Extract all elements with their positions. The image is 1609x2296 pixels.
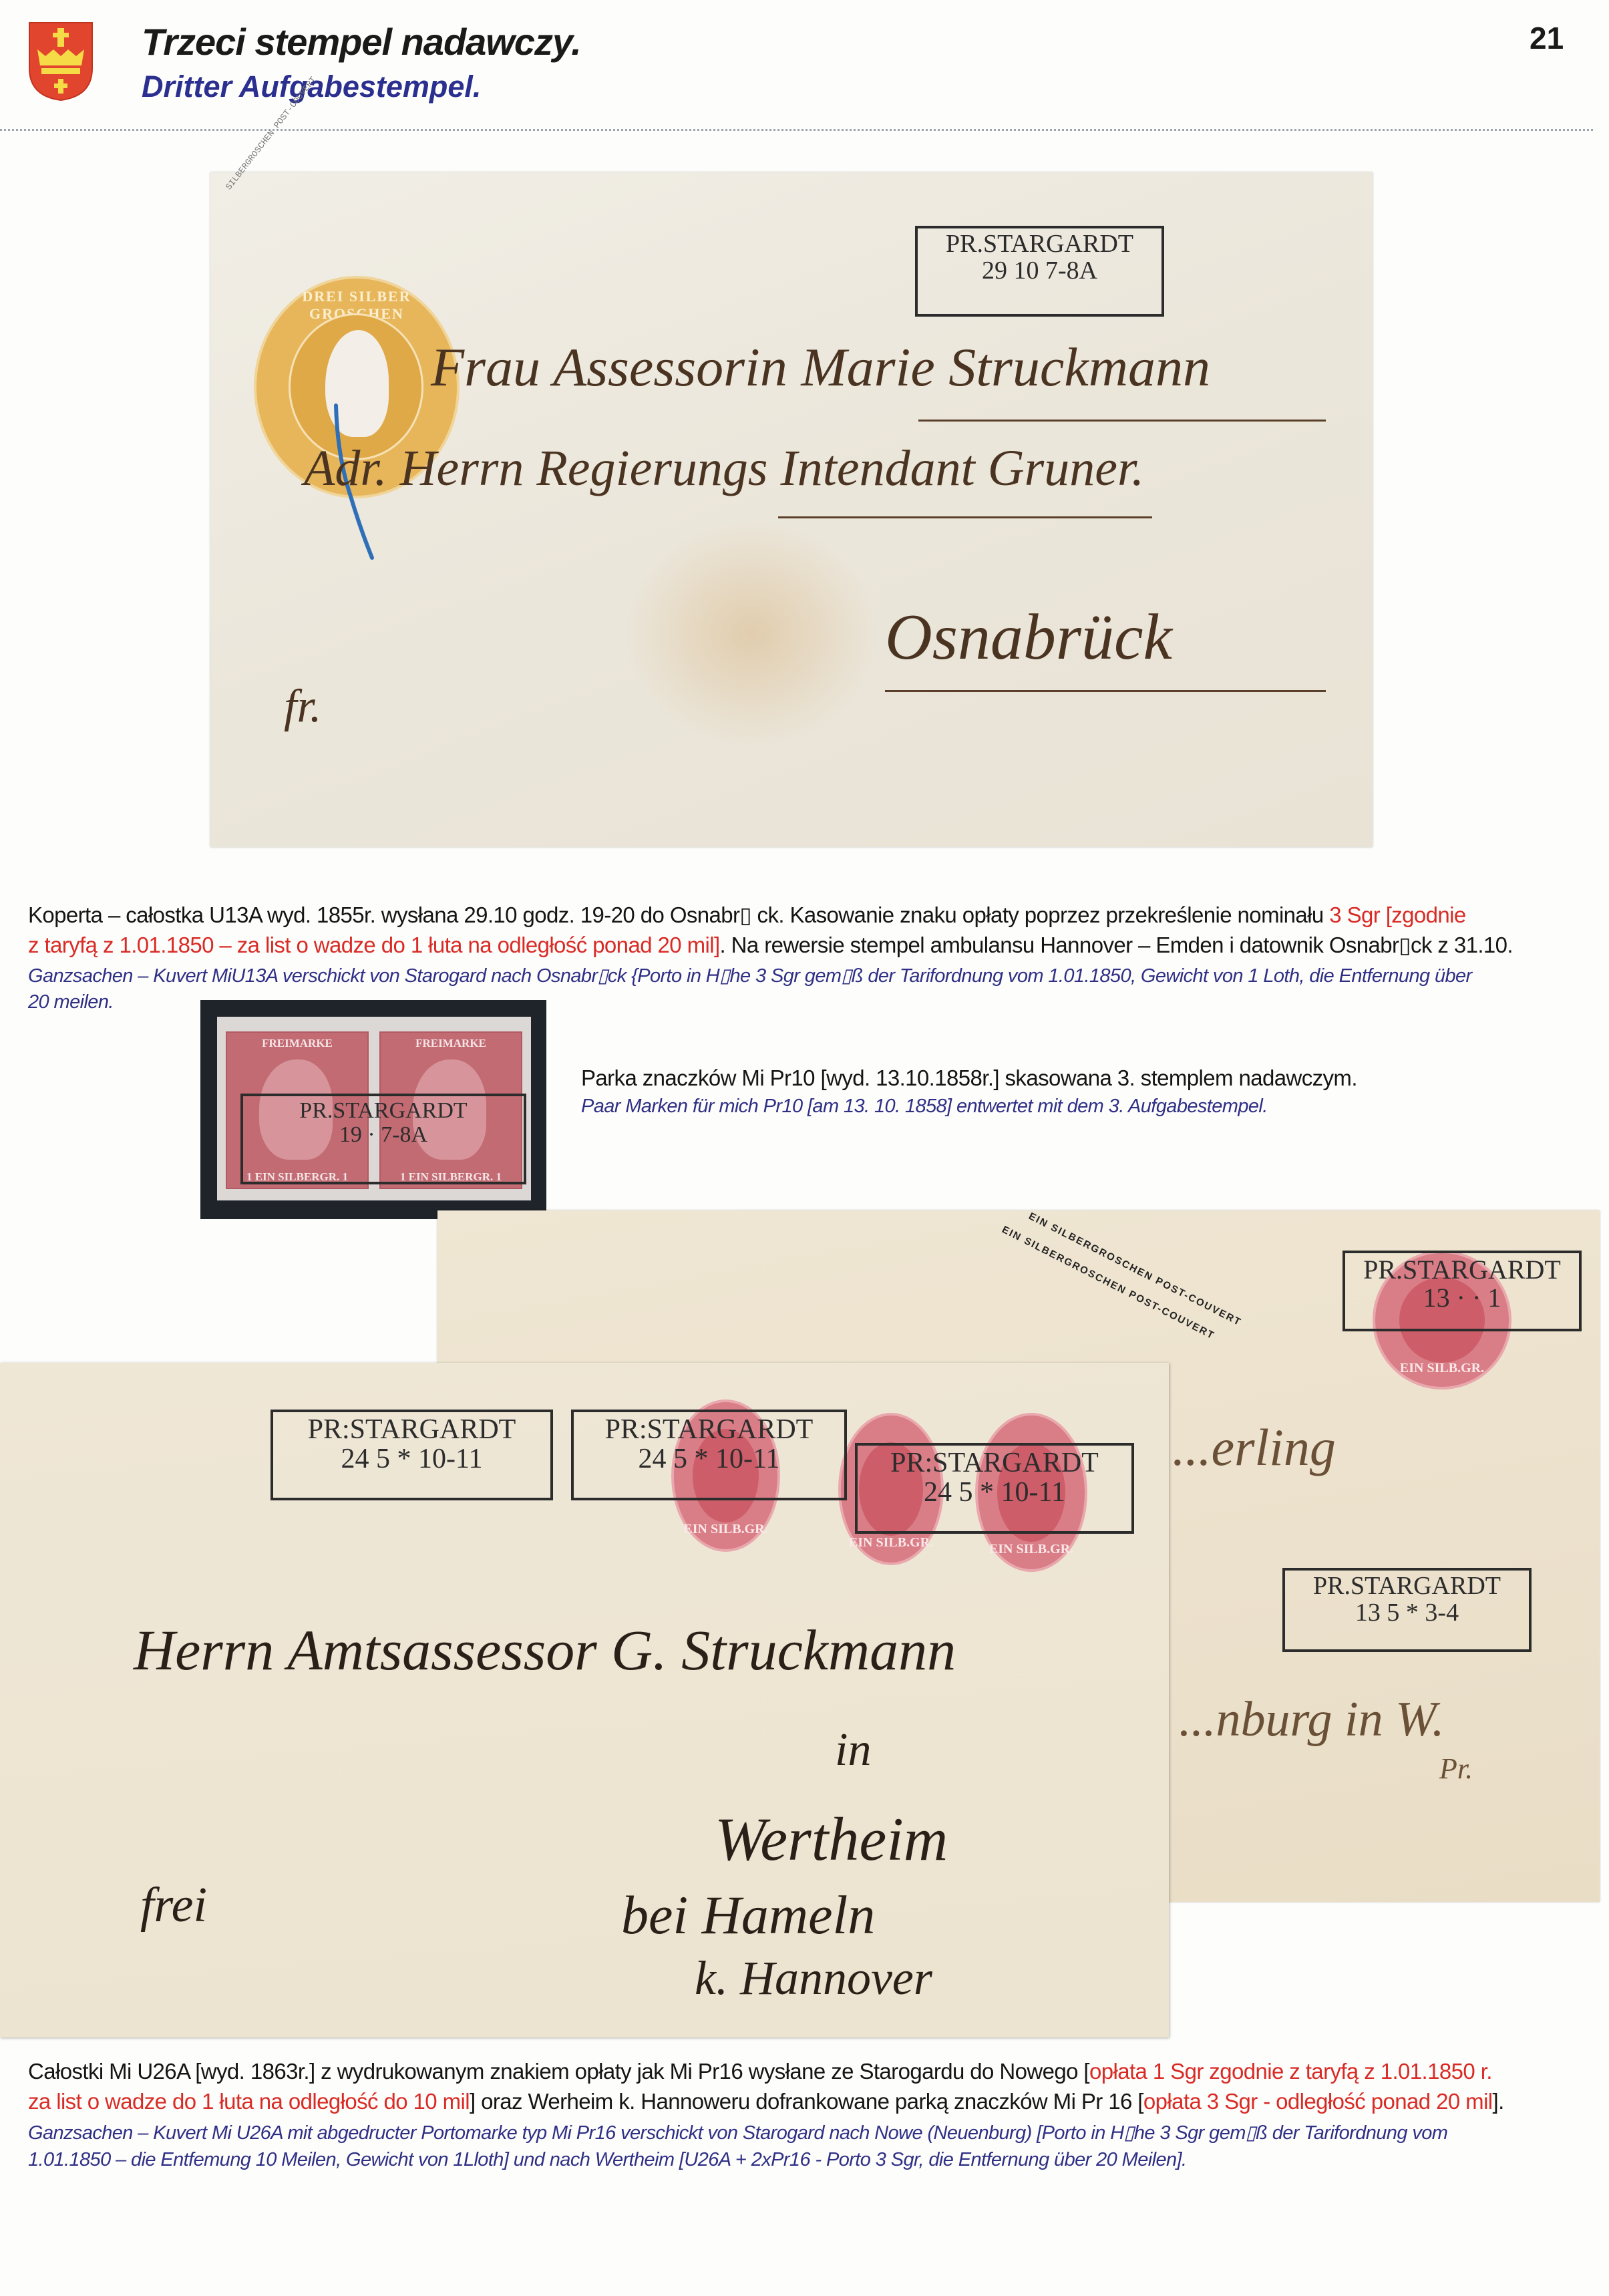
address-line3: Pr. <box>1439 1752 1473 1786</box>
postmark-box: PR.STARGARDT 29 10 7-8A <box>915 226 1164 317</box>
postmark-line1: PR.STARGARDT <box>250 1099 517 1123</box>
caption1-pl-line1: Koperta – całostka U13A wyd. 1855r. wysł… <box>28 902 1466 928</box>
postmark-box: PR.STARGARDT 13 · · 1 <box>1343 1251 1582 1331</box>
address-line2: ...nburg in W. <box>1179 1691 1444 1748</box>
caption-text: Koperta – całostka U13A wyd. 1855r. wysł… <box>28 903 1329 927</box>
postmark-line1: PR:STARGARDT <box>280 1415 544 1444</box>
envelope-wertheim: EIN SILB.GR. EIN SILB.GR. EIN SILB.GR. P… <box>0 1363 1169 2037</box>
indicia-text: EIN SILB.GR. <box>978 1542 1085 1557</box>
caption3-de-line1: Ganzsachen – Kuvert Mi U26A mit abgedruc… <box>28 2121 1447 2144</box>
caption-text: . Na rewersie stempel ambulansu Hannover… <box>720 933 1513 957</box>
caption-text: ] oraz Werheim k. Hannoweru dofrankowane… <box>470 2089 1143 2114</box>
underline <box>885 690 1326 692</box>
address-line3: Wertheim <box>715 1804 948 1874</box>
caption-text-red: za list o wadze do 1 łuta na odległość d… <box>28 2089 470 2114</box>
franco-note: fr. <box>284 680 321 733</box>
address-line1: ...erling <box>1172 1418 1336 1478</box>
postmark-box: PR:STARGARDT 24 5 * 10-11 <box>571 1410 847 1500</box>
stamp-top-label: FREIMARKE <box>227 1037 367 1050</box>
address-line2: Adr. Herrn Regierungs Intendant Gruner. <box>304 440 1144 498</box>
postmark-line2: 29 10 7-8A <box>924 258 1155 285</box>
coat-of-arms-icon <box>28 21 94 102</box>
caption1-pl-line2: z taryfą z 1.01.1850 – za list o wadze d… <box>28 932 1513 958</box>
postmark-line1: PR:STARGARDT <box>864 1448 1125 1478</box>
caption1-de-line1: Ganzsachen – Kuvert MiU13A verschickt vo… <box>28 964 1472 987</box>
indicia-text: EIN SILB.GR. <box>841 1535 941 1550</box>
postmark-box: PR:STARGARDT 24 5 * 10-11 <box>271 1410 553 1500</box>
address-line1: Frau Assessorin Marie Struckmann <box>431 336 1210 399</box>
paper-stain <box>624 520 878 747</box>
postmark-line1: PR:STARGARDT <box>580 1415 838 1444</box>
caption-text-red: opłata 1 Sgr zgodnie z taryfą z 1.01.185… <box>1089 2059 1492 2084</box>
envelope-osnabrueck: SILBERGROSCHEN POST-COUVERT DREI SILBER … <box>210 172 1373 847</box>
caption-text-red: 3 Sgr [zgodnie <box>1329 903 1465 927</box>
indicia-text: EIN SILB.GR. <box>1375 1361 1509 1376</box>
caption3-de-line2: 1.01.1850 – die Entfemung 10 Meilen, Gew… <box>28 2149 1186 2171</box>
side-print: EIN SILBERGROSCHEN POST-COUVERT <box>1000 1224 1216 1341</box>
header-divider <box>0 129 1593 131</box>
franco-note: frei <box>140 1877 207 1934</box>
postmark-line2: 13 5 * 3-4 <box>1292 1600 1522 1627</box>
caption-text-red: opłata 3 Sgr - odległość ponad 20 mil <box>1143 2089 1493 2114</box>
side-print: EIN SILBERGROSCHEN POST-COUVERT <box>1027 1210 1243 1328</box>
caption-text: Całostki Mi U26A [wyd. 1863r.] z wydruko… <box>28 2059 1089 2084</box>
caption-text-red: z taryfą z 1.01.1850 – za list o wadze d… <box>28 933 720 957</box>
postmark-box: PR.STARGARDT 19 · 7-8A <box>240 1094 526 1184</box>
postmark-line1: PR.STARGARDT <box>1292 1573 1522 1600</box>
postmark-line2: 24 5 * 10-11 <box>864 1478 1125 1507</box>
address-line1: Herrn Amtsassessor G. Struckmann <box>134 1617 956 1683</box>
stamp-pair: FREIMARKE 1 EIN SILBERGR. 1 FREIMARKE 1 … <box>217 1017 531 1200</box>
caption2-pl: Parka znaczków Mi Pr10 [wyd. 13.10.1858r… <box>581 1065 1357 1091</box>
indicia-text: EIN SILB.GR. <box>674 1522 777 1537</box>
postmark-line2: 24 5 * 10-11 <box>580 1444 838 1474</box>
postmark-line2: 19 · 7-8A <box>250 1123 517 1147</box>
stamp-pair-mount: FREIMARKE 1 EIN SILBERGR. 1 FREIMARKE 1 … <box>200 1000 546 1219</box>
postmark-box: PR.STARGARDT 13 5 * 3-4 <box>1282 1568 1532 1652</box>
address-line2: in <box>835 1724 871 1777</box>
stamp-top-label: FREIMARKE <box>381 1037 521 1050</box>
caption2-de: Paar Marken für mich Pr10 [am 13. 10. 18… <box>581 1096 1268 1118</box>
address-line4: bei Hameln <box>621 1884 875 1947</box>
postmark-line2: 24 5 * 10-11 <box>280 1444 544 1474</box>
caption1-de-line2: 20 meilen. <box>28 991 114 1013</box>
postmark-box: PR:STARGARDT 24 5 * 10-11 <box>855 1443 1134 1534</box>
caption-text: ]. <box>1493 2089 1504 2114</box>
postmark-line2: 13 · · 1 <box>1352 1284 1572 1312</box>
page-number: 21 <box>1530 20 1564 56</box>
postmark-line1: PR.STARGARDT <box>924 231 1155 258</box>
address-line3: Osnabrück <box>885 600 1172 675</box>
caption3-pl-line1: Całostki Mi U26A [wyd. 1863r.] z wydruko… <box>28 2059 1492 2084</box>
underline <box>778 516 1152 518</box>
page-title: Trzeci stempel nadawczy. <box>142 20 581 63</box>
postmark-line1: PR.STARGARDT <box>1352 1256 1572 1284</box>
underline <box>918 420 1326 422</box>
address-line5: k. Hannover <box>695 1951 932 2006</box>
caption3-pl-line2: za list o wadze do 1 łuta na odległość d… <box>28 2089 1504 2114</box>
